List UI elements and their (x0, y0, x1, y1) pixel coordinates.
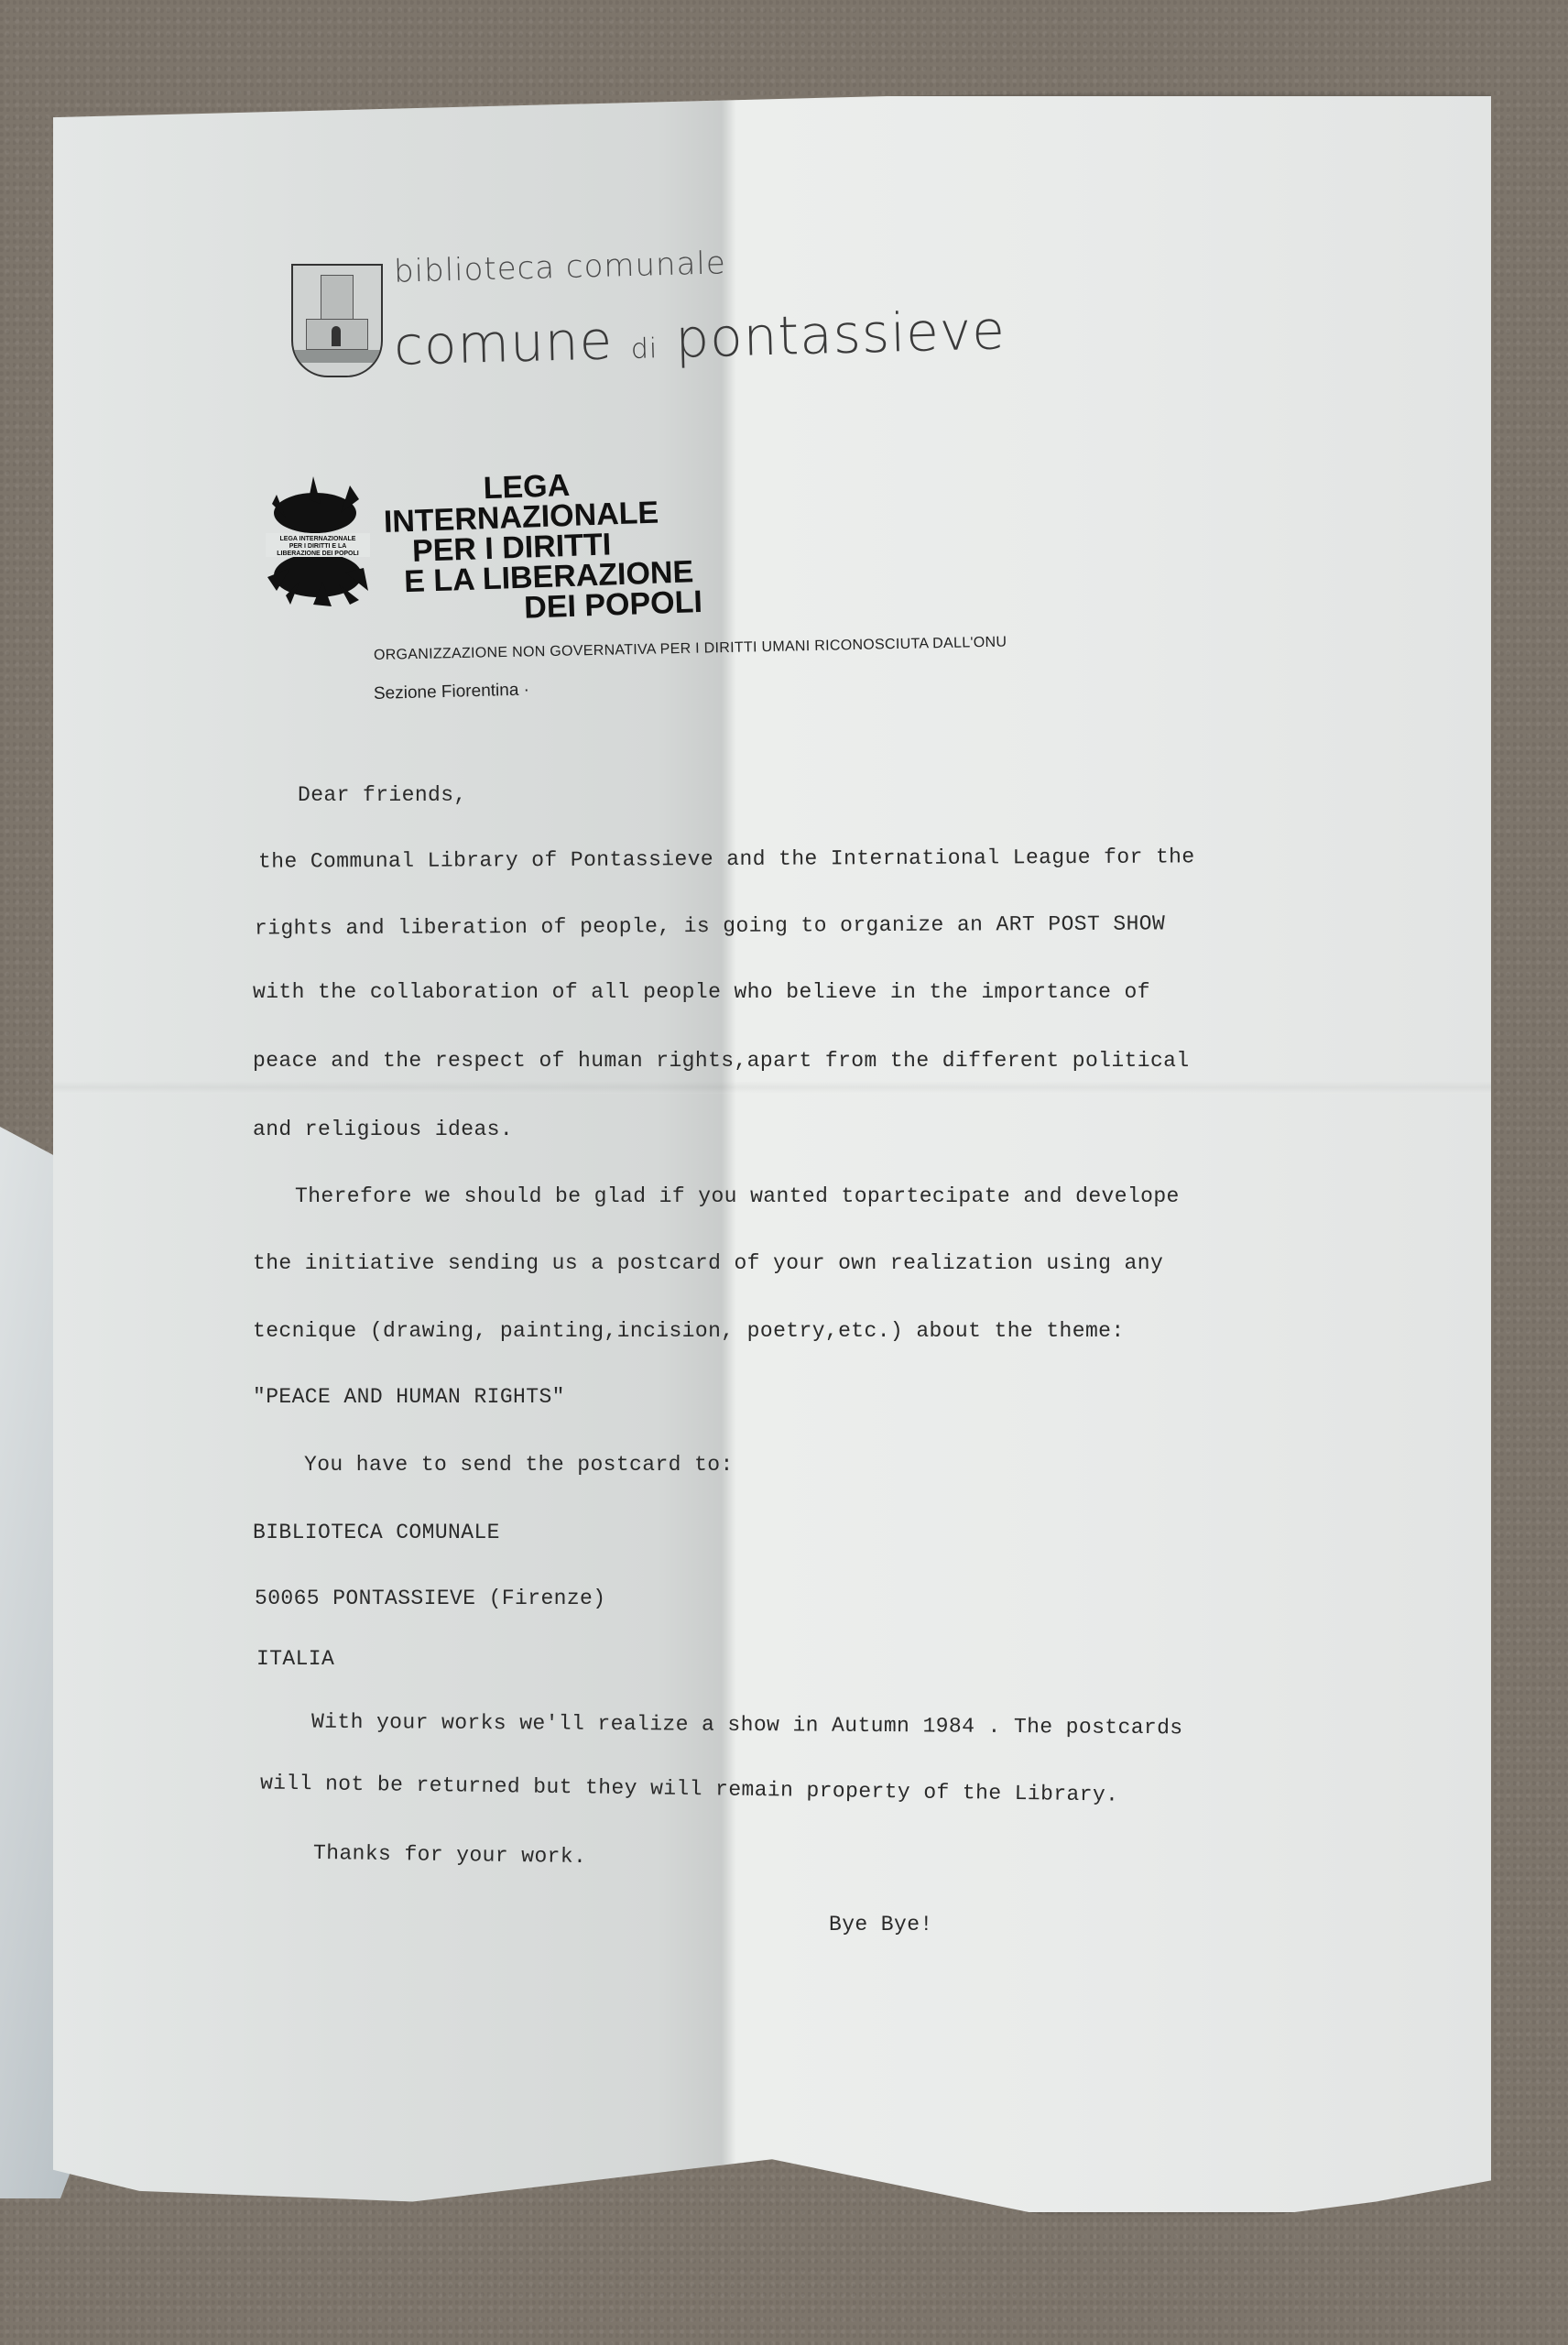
address-line: BIBLIOTECA COMUNALE (253, 1521, 500, 1544)
greeting: Dear friends, (298, 783, 467, 807)
letter-line: and religious ideas. (253, 1118, 513, 1141)
svg-text:LEGA INTERNAZIONALE: LEGA INTERNAZIONALE (280, 536, 356, 542)
svg-text:LIBERAZIONE DEI POPOLI: LIBERAZIONE DEI POPOLI (277, 551, 359, 557)
address-line: ITALIA (256, 1647, 334, 1671)
horizontal-fold (53, 1081, 1491, 1094)
section-label: Sezione Fiorentina · (374, 681, 530, 704)
theme-title: "PEACE AND HUMAN RIGHTS" (253, 1385, 565, 1409)
address-line: 50065 PONTASSIEVE (Firenze) (255, 1587, 605, 1610)
letter-line: You have to send the postcard to: (304, 1453, 734, 1477)
letter-line: the initiative sending us a postcard of … (253, 1251, 1163, 1275)
letter-line: the Communal Library of Pontassieve and … (258, 845, 1195, 873)
ink-splash-logo-icon: LEGA INTERNAZIONALE PER I DIRITTI E LA L… (258, 476, 377, 609)
closing-line: Thanks for your work. (313, 1841, 587, 1869)
sign-off: Bye Bye! (829, 1913, 933, 1936)
letter-sheet (53, 96, 1491, 2212)
letter-line: tecnique (drawing, painting,incision, po… (253, 1319, 1125, 1343)
letter-line: Therefore we should be glad if you wante… (295, 1184, 1180, 1208)
letter-line: with the collaboration of all people who… (253, 980, 1150, 1004)
letter-line: peace and the respect of human rights,ap… (253, 1049, 1190, 1073)
letter-line: rights and liberation of people, is goin… (255, 911, 1165, 940)
svg-text:PER I DIRITTI E LA: PER I DIRITTI E LA (289, 543, 347, 550)
league-title: LEGA INTERNAZIONALE PER I DIRITTI E LA L… (382, 466, 702, 628)
tower-crest-icon (291, 264, 383, 377)
